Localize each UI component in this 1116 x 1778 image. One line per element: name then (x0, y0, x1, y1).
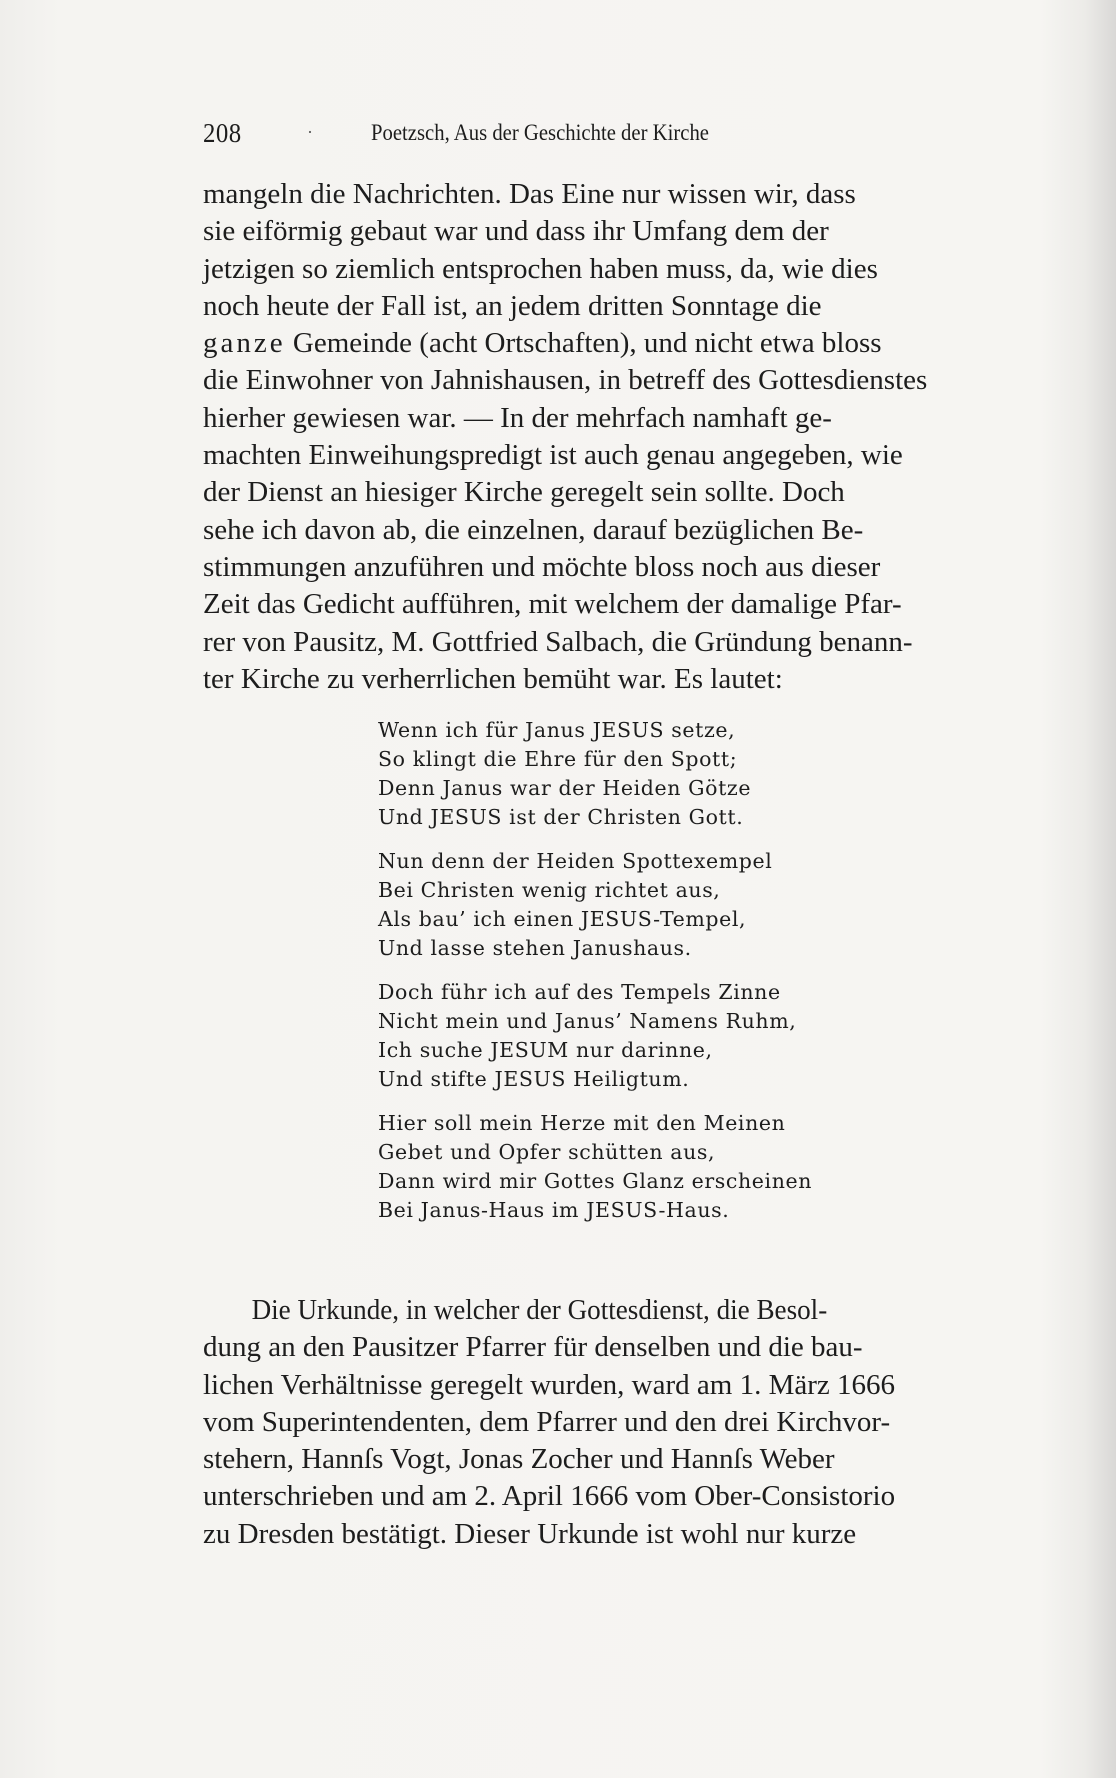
paragraph-2: Die Urkunde, in welcher der Gottesdienst… (203, 1292, 995, 1553)
text-line: noch heute der Fall ist, an jedem dritte… (203, 288, 995, 325)
verse-line: Und stifte JESUS Heiligtum. (378, 1065, 812, 1094)
text-line: zu Dresden bestätigt. Dieser Urkunde ist… (203, 1516, 995, 1553)
text-line: ter Kirche zu verherrlichen bemüht war. … (203, 661, 995, 698)
text-line: Zeit das Gedicht aufführen, mit welchem … (203, 586, 995, 623)
verse-line: Bei Janus-Haus im JESUS-Haus. (378, 1196, 812, 1225)
text-line: jetzigen so ziemlich entsprochen haben m… (203, 251, 995, 288)
text-line: hierher gewiesen war. — In der mehrfach … (203, 400, 995, 437)
verse-line: Hier soll mein Herze mit den Meinen (378, 1109, 812, 1138)
text-line: sie eiförmig gebaut war und dass ihr Umf… (203, 213, 995, 250)
page-header: 208 · Poetzsch, Aus der Geschichte der K… (203, 118, 995, 154)
verse-line: Dann wird mir Gottes Glanz erscheinen (378, 1167, 812, 1196)
text-line: unterschrieben und am 2. April 1666 vom … (203, 1478, 995, 1515)
verse-line: So klingt die Ehre für den Spott; (378, 745, 812, 774)
verse-line: Als bau’ ich einen JESUS-Tempel, (378, 905, 812, 934)
text-line: rer von Pausitz, M. Gottfried Salbach, d… (203, 624, 995, 661)
poem: Wenn ich für Janus JESUS setze, So kling… (378, 716, 812, 1240)
text-line: die Einwohner von Jahnishausen, in betre… (203, 362, 995, 399)
verse-line: Doch führ ich auf des Tempels Zinne (378, 978, 812, 1007)
verse-line: Und JESUS ist der Christen Gott. (378, 803, 812, 832)
header-separator: · (307, 122, 313, 143)
verse-line: Gebet und Opfer schütten aus, (378, 1138, 812, 1167)
text-line: stimmungen anzuführen und möchte bloss n… (203, 549, 995, 586)
text-line: der Dienst an hiesiger Kirche geregelt s… (203, 474, 995, 511)
page-number: 208 (203, 118, 242, 149)
verse-line: Nicht mein und Janus’ Namens Ruhm, (378, 1007, 812, 1036)
book-page: 208 · Poetzsch, Aus der Geschichte der K… (0, 0, 1116, 1778)
verse-line: Wenn ich für Janus JESUS setze, (378, 716, 812, 745)
text-line: vom Superintendenten, dem Pfarrer und de… (203, 1404, 995, 1441)
verse-line: Denn Janus war der Heiden Götze (378, 774, 812, 803)
poem-stanza-2: Nun denn der Heiden Spottexempel Bei Chr… (378, 847, 812, 963)
verse-line: Nun denn der Heiden Spottexempel (378, 847, 812, 876)
text-line: ganze Gemeinde (acht Ortschaften), und n… (203, 325, 995, 362)
spaced-emphasis: ganze (203, 327, 286, 359)
text-line: mangeln die Nachrichten. Das Eine nur wi… (203, 176, 995, 213)
verse-line: Bei Christen wenig richtet aus, (378, 876, 812, 905)
text-line: sehe ich davon ab, die einzelnen, darauf… (203, 512, 995, 549)
paragraph-1: mangeln die Nachrichten. Das Eine nur wi… (203, 176, 995, 698)
text-line: Die Urkunde, in welcher der Gottesdienst… (203, 1292, 995, 1329)
text-line: dung an den Pausitzer Pfarrer für densel… (203, 1329, 995, 1366)
running-title: Poetzsch, Aus der Geschichte der Kirche (371, 120, 709, 146)
text-line: machten Einweihungspredigt ist auch gena… (203, 437, 995, 474)
verse-line: Und lasse stehen Janushaus. (378, 934, 812, 963)
text-line: stehern, Hannſs Vogt, Jonas Zocher und H… (203, 1441, 995, 1478)
poem-stanza-3: Doch führ ich auf des Tempels Zinne Nich… (378, 978, 812, 1094)
verse-line: Ich suche JESUM nur darinne, (378, 1036, 812, 1065)
poem-stanza-1: Wenn ich für Janus JESUS setze, So kling… (378, 716, 812, 832)
text-line: lichen Verhältnisse geregelt wurden, war… (203, 1367, 995, 1404)
poem-stanza-4: Hier soll mein Herze mit den Meinen Gebe… (378, 1109, 812, 1225)
